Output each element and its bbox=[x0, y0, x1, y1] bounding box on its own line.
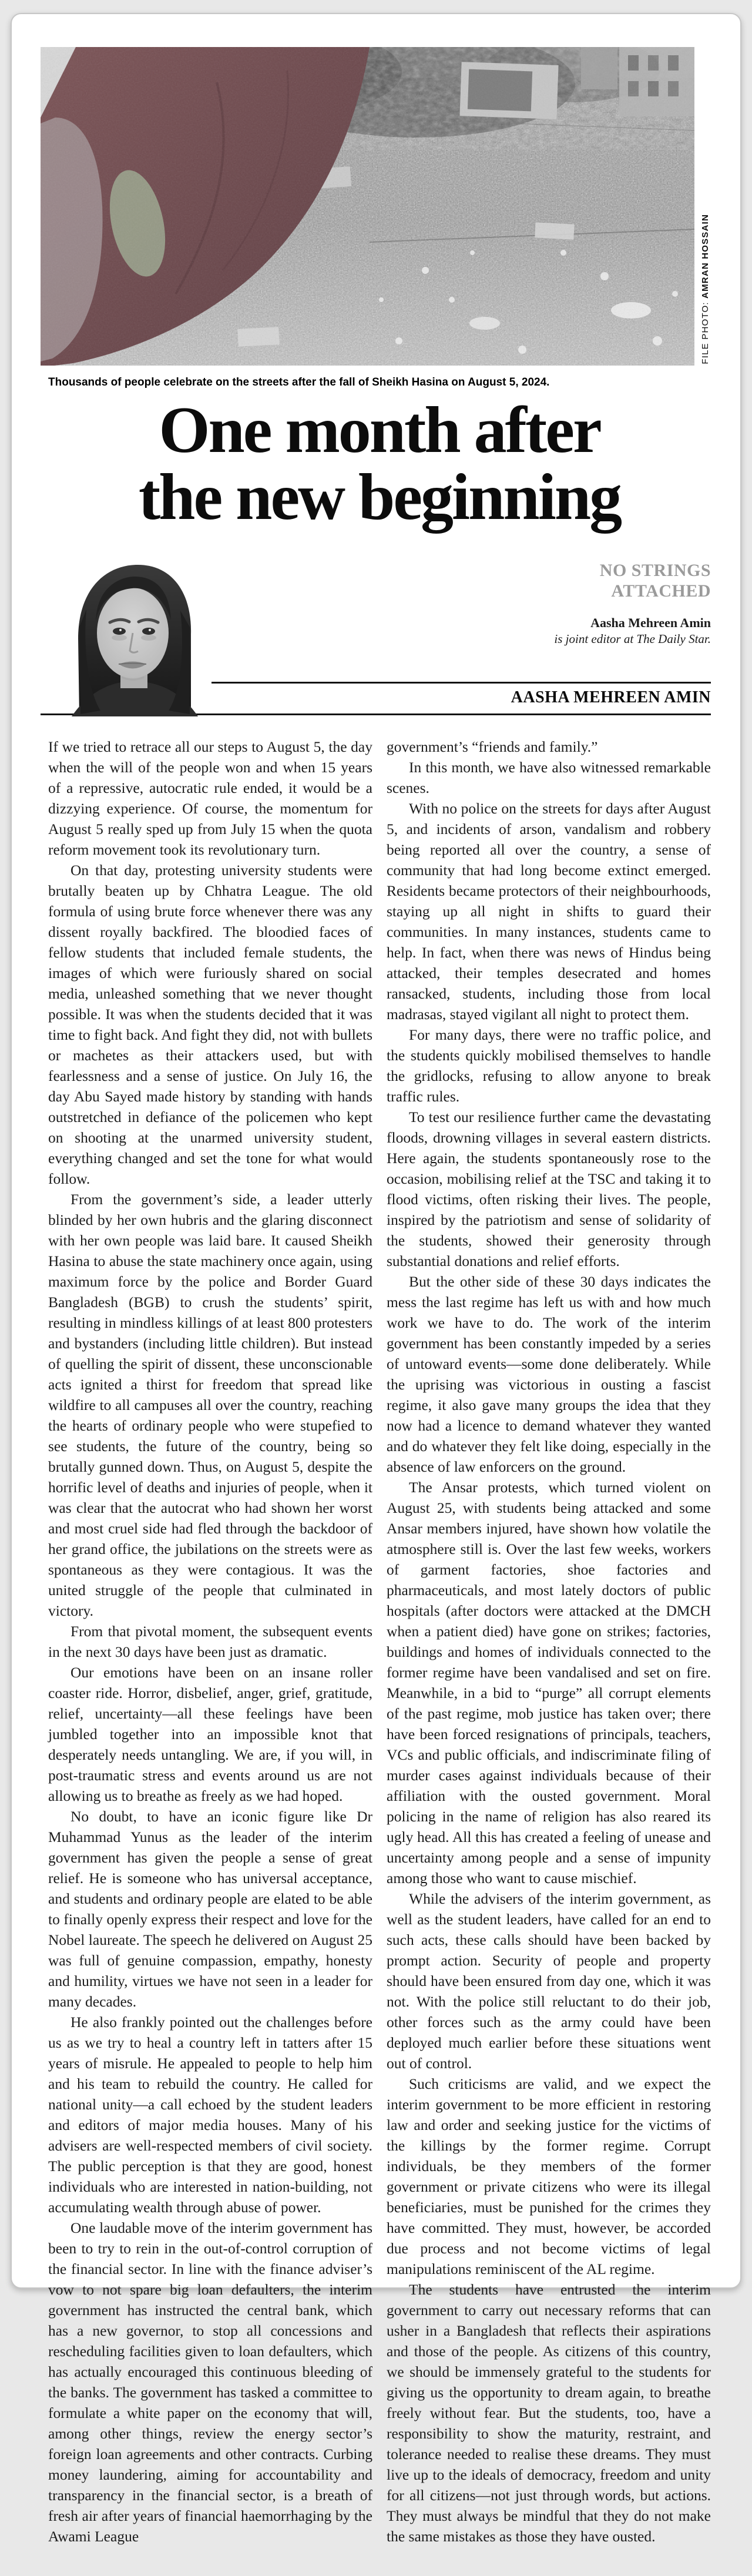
body-paragraph: The students have entrusted the interim … bbox=[387, 2279, 711, 2547]
body-paragraph: From that pivotal moment, the subsequent… bbox=[48, 1621, 372, 1662]
author-bio: is joint editor at The Daily Star. bbox=[554, 632, 711, 646]
column-name-line-2: ATTACHED bbox=[600, 581, 711, 601]
body-paragraph: From the government’s side, a leader utt… bbox=[48, 1189, 372, 1621]
author-block: NO STRINGS ATTACHED Aasha Mehreen Amin i… bbox=[48, 555, 711, 715]
photo-credit: FILE PHOTO: AMRAN HOSSAIN bbox=[700, 214, 710, 364]
article-column-right: government’s “friends and family.”In thi… bbox=[387, 736, 711, 2547]
body-paragraph: Such criticisms are valid, and we expect… bbox=[387, 2073, 711, 2279]
body-paragraph: Our emotions have been on an insane roll… bbox=[48, 1662, 372, 1806]
article-body: If we tried to retrace all our steps to … bbox=[48, 736, 711, 2576]
lead-photo: FILE PHOTO: AMRAN HOSSAIN bbox=[41, 47, 694, 366]
author-byline: AASHA MEHREEN AMIN bbox=[511, 688, 711, 707]
body-paragraph: With no police on the streets for days a… bbox=[387, 798, 711, 1024]
body-paragraph: government’s “friends and family.” bbox=[387, 736, 711, 757]
column-name-line-1: NO STRINGS bbox=[600, 560, 711, 581]
body-paragraph: No doubt, to have an iconic figure like … bbox=[48, 1806, 372, 2012]
headline-line-1: One month after bbox=[48, 397, 711, 464]
photo-credit-label: FILE PHOTO: bbox=[700, 299, 710, 364]
body-paragraph: But the other side of these 30 days indi… bbox=[387, 1271, 711, 1477]
headline-line-2: the new beginning bbox=[48, 464, 711, 531]
column-name: NO STRINGS ATTACHED bbox=[600, 560, 711, 601]
body-paragraph: For many days, there were no traffic pol… bbox=[387, 1024, 711, 1107]
body-paragraph: If we tried to retrace all our steps to … bbox=[48, 736, 372, 860]
article-headline: One month after the new beginning bbox=[48, 397, 711, 531]
byline-rule-top bbox=[211, 682, 711, 684]
body-paragraph: On that day, protesting university stude… bbox=[48, 860, 372, 1189]
body-paragraph: In this month, we have also witnessed re… bbox=[387, 757, 711, 798]
photo-credit-name: AMRAN HOSSAIN bbox=[700, 214, 710, 299]
body-paragraph: He also frankly pointed out the challeng… bbox=[48, 2012, 372, 2217]
newspaper-page: FILE PHOTO: AMRAN HOSSAIN Thousands of p… bbox=[11, 13, 741, 2289]
crowd-photo-illustration bbox=[41, 47, 694, 366]
article-content: FILE PHOTO: AMRAN HOSSAIN Thousands of p… bbox=[48, 47, 711, 2576]
photo-caption: Thousands of people celebrate on the str… bbox=[48, 376, 711, 390]
author-photo bbox=[63, 557, 204, 716]
body-paragraph: The Ansar protests, which turned violent… bbox=[387, 1477, 711, 1888]
author-name: Aasha Mehreen Amin bbox=[590, 615, 711, 631]
article-column-left: If we tried to retrace all our steps to … bbox=[48, 736, 372, 2547]
body-paragraph: To test our resilience further came the … bbox=[387, 1107, 711, 1271]
body-paragraph: One laudable move of the interim governm… bbox=[48, 2217, 372, 2547]
body-paragraph: While the advisers of the interim govern… bbox=[387, 1888, 711, 2073]
